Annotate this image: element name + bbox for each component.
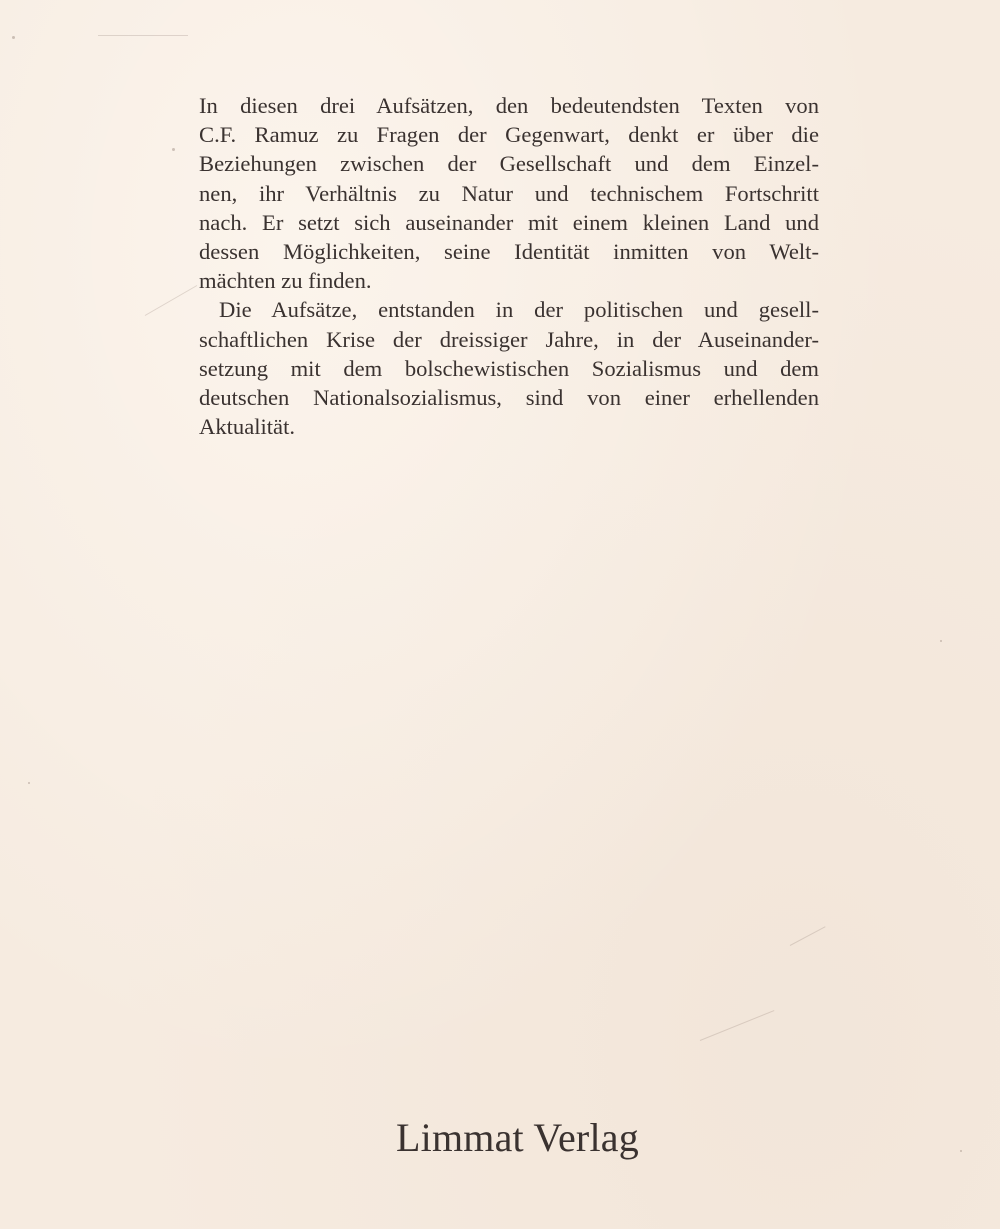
blurb-line: schaftlichen Krise der dreissiger Jahre,… (199, 325, 819, 354)
blurb-line: nach. Er setzt sich auseinander mit eine… (199, 208, 819, 237)
blurb-line: Die Aufsätze, entstanden in der politisc… (199, 295, 819, 324)
paper-speck (172, 148, 175, 151)
book-back-cover: In diesen drei Aufsätzen, den bedeutends… (0, 0, 1000, 1229)
blurb-line: nen, ihr Verhältnis zu Natur und technis… (199, 179, 819, 208)
publisher-name: Limmat Verlag (396, 1114, 639, 1162)
blurb-line: dessen Möglichkeiten, seine Identität in… (199, 237, 819, 266)
paper-scratch (700, 1010, 775, 1041)
blurb-line: C.F. Ramuz zu Fragen der Gegenwart, denk… (199, 120, 819, 149)
paper-scratch (98, 35, 188, 36)
paper-scratch (790, 926, 826, 946)
paper-speck (12, 36, 15, 39)
paper-speck (960, 1150, 962, 1152)
blurb-line: Aktualität. (199, 412, 819, 441)
blurb-paragraph-1: In diesen drei Aufsätzen, den bedeutends… (199, 91, 819, 295)
blurb-line: mächten zu finden. (199, 266, 819, 295)
blurb-paragraph-2: Die Aufsätze, entstanden in der politisc… (199, 295, 819, 441)
paper-speck (28, 782, 30, 784)
blurb-line: deutschen Nationalsozialismus, sind von … (199, 383, 819, 412)
paper-scratch (145, 285, 197, 316)
blurb-text: In diesen drei Aufsätzen, den bedeutends… (199, 91, 819, 441)
blurb-line: setzung mit dem bolschewistischen Sozial… (199, 354, 819, 383)
blurb-line: In diesen drei Aufsätzen, den bedeutends… (199, 91, 819, 120)
blurb-line: Beziehungen zwischen der Gesellschaft un… (199, 149, 819, 178)
paper-speck (940, 640, 942, 642)
